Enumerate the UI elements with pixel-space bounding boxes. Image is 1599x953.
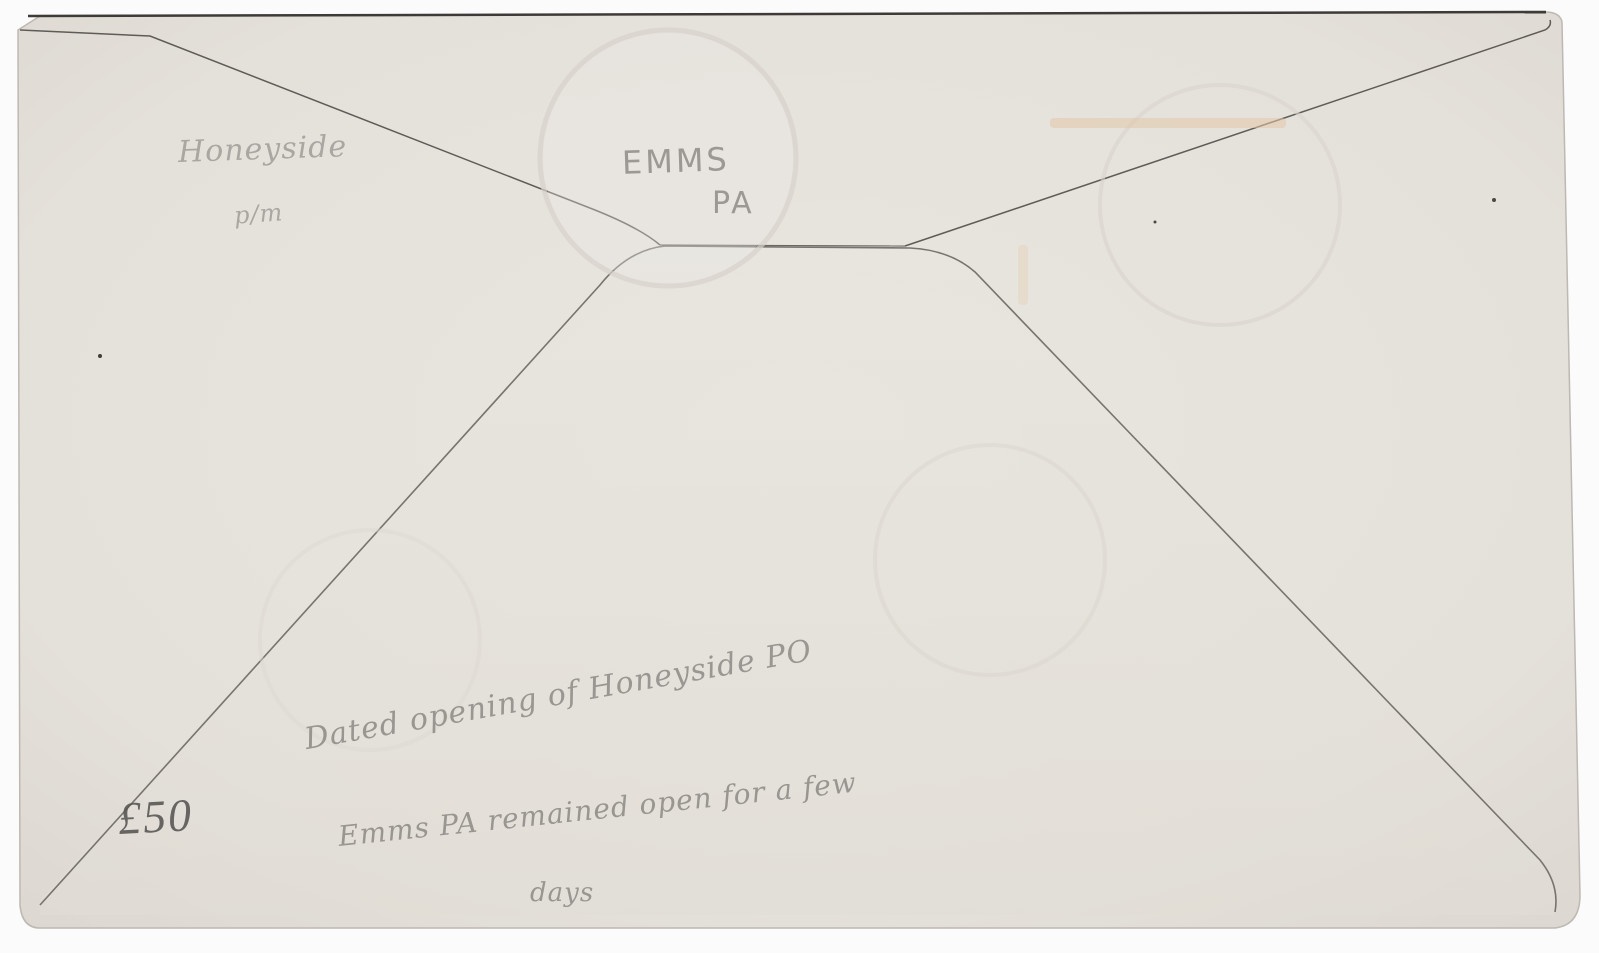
photo-stage: Honeyside p/m EMMS PA £50 Dated opening … xyxy=(0,0,1599,953)
speck xyxy=(98,354,102,358)
envelope-back: Honeyside p/m EMMS PA £50 Dated opening … xyxy=(0,0,1599,953)
tape-stain-left xyxy=(1018,245,1028,305)
note-stamp-pa: PA xyxy=(712,186,755,221)
note-place-name: Honeyside xyxy=(177,129,347,170)
note-stamp-emms: EMMS xyxy=(621,140,730,182)
speck xyxy=(1492,198,1496,202)
speck xyxy=(1154,221,1157,224)
price-annotation: £50 xyxy=(117,788,195,845)
note-place-sub: p/m xyxy=(233,198,284,229)
note-line-3: days xyxy=(530,878,594,908)
tape-stain xyxy=(1050,118,1286,128)
